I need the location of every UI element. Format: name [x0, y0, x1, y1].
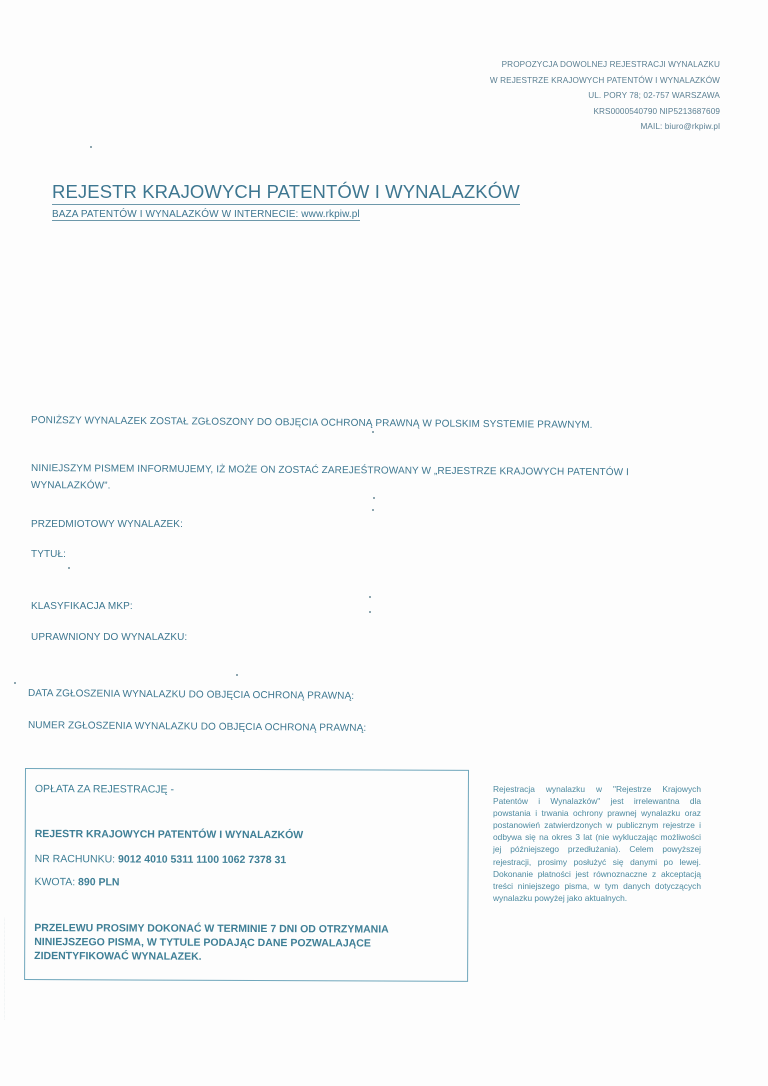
- payment-box: OPŁATA ZA REJESTRACJĘ - REJESTR KRAJOWYC…: [24, 768, 469, 982]
- field-filing-date-label: DATA ZGŁOSZENIA WYNALAZKU DO OBJĘCIA OCH…: [28, 688, 354, 702]
- document-title: REJESTR KRAJOWYCH PATENTÓW I WYNALAZKÓW: [52, 181, 520, 205]
- payment-account: NR RACHUNKU: 9012 4010 5311 1100 1062 73…: [35, 853, 287, 866]
- field-holder-label: UPRAWNIONY DO WYNALAZKU:: [31, 632, 187, 643]
- payment-amount: KWOTA: 890 PLN: [34, 876, 119, 888]
- sender-block: PROPOZYCJA DOWOLNEJ REJESTRACJI WYNALAZK…: [490, 57, 720, 135]
- scan-speck: [372, 431, 374, 433]
- scan-speck: [369, 611, 371, 613]
- payment-instructions-line: NINIEJSZEGO PISMA, W TYTULE PODAJĄC DANE…: [34, 935, 389, 951]
- amount-value: 890 PLN: [78, 876, 119, 888]
- scan-speck: [14, 682, 16, 684]
- amount-label: KWOTA:: [34, 876, 78, 888]
- margin-print-text: ········································…: [2, 700, 12, 1020]
- info-paragraph: NINIEJSZYM PISMEM INFORMUJEMY, IŻ MOŻE O…: [31, 460, 629, 498]
- sender-line: W REJESTRZE KRAJOWYCH PATENTÓW I WYNALAZ…: [490, 73, 720, 89]
- payment-instructions-line: PRZELEWU PROSIMY DOKONAĆ W TERMINIE 7 DN…: [34, 921, 389, 937]
- account-label: NR RACHUNKU:: [35, 853, 118, 865]
- scan-speck: [90, 146, 92, 148]
- field-classification-label: KLASYFIKACJA MKP:: [31, 601, 133, 612]
- scan-speck: [68, 567, 70, 569]
- scan-speck: [236, 674, 238, 676]
- sender-email: MAIL: biuro@rkpiw.pl: [490, 119, 720, 135]
- sender-address: UL. PORY 78; 02-757 WARSZAWA: [490, 88, 720, 104]
- scan-speck: [372, 509, 374, 511]
- field-subject-label: PRZEDMIOTOWY WYNALAZEK:: [31, 519, 183, 530]
- scan-speck: [369, 596, 371, 598]
- sender-registry-ids: KRS0000540790 NIP5213687609: [490, 104, 720, 120]
- payment-instructions: PRZELEWU PROSIMY DOKONAĆ W TERMINIE 7 DN…: [34, 921, 389, 965]
- sender-line: PROPOZYCJA DOWOLNEJ REJESTRACJI WYNALAZK…: [490, 57, 720, 73]
- field-filing-number-label: NUMER ZGŁOSZENIA WYNALAZKU DO OBJĘCIA OC…: [28, 720, 366, 734]
- disclaimer-note: Rejestracja wynalazku w "Rejestrze Krajo…: [493, 783, 701, 904]
- field-title-label: TYTUŁ:: [31, 549, 66, 560]
- payment-instructions-line: ZIDENTYFIKOWAĆ WYNALAZEK.: [34, 949, 389, 965]
- intro-paragraph: PONIŻSZY WYNALAZEK ZOSTAŁ ZGŁOSZONY DO O…: [31, 415, 593, 431]
- scan-speck: [373, 497, 375, 499]
- payment-heading: OPŁATA ZA REJESTRACJĘ -: [35, 783, 174, 796]
- account-number: 9012 4010 5311 1100 1062 7378 31: [118, 853, 286, 866]
- document-subtitle: BAZA PATENTÓW I WYNALAZKÓW W INTERNECIE:…: [52, 209, 360, 221]
- payment-recipient: REJESTR KRAJOWYCH PATENTÓW I WYNALAZKÓW: [35, 828, 304, 841]
